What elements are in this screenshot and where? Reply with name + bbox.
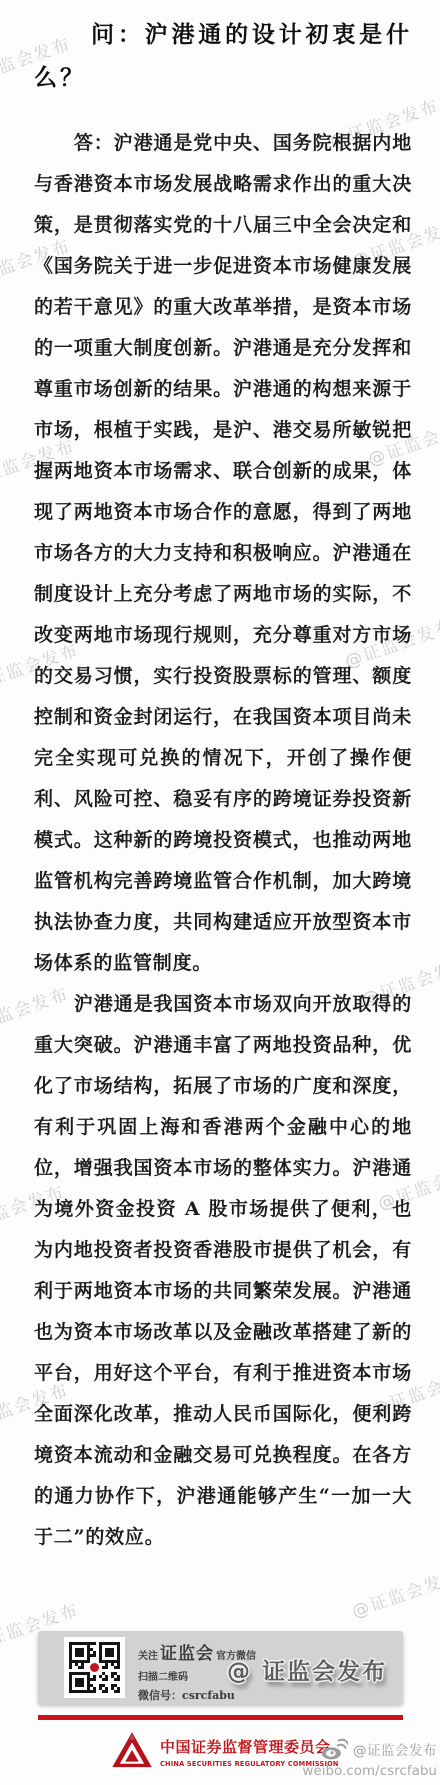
weibo-block: @证监会发布 weibo.com/csrcfabu: [302, 1738, 437, 1779]
red-divider: [38, 1715, 403, 1720]
qr-center-logo-icon: [88, 1661, 101, 1674]
weibo-url: weibo.com/csrcfabu: [302, 1763, 437, 1779]
qr-finder-icon: [99, 1642, 120, 1663]
qr-code: [64, 1637, 125, 1698]
qr-modules: [69, 1642, 120, 1693]
weibo-handle: @证监会发布: [353, 1739, 437, 1759]
qa-document-image: @证监会发布@证监会发布@证监会发布@证监会发布@证监会发布@证监会发布@证监会…: [0, 0, 440, 1785]
wechat-id-label: 微信号：: [138, 1689, 182, 1702]
wechat-brand: 证监会: [160, 1639, 214, 1664]
csrc-fabu-badge: @ 证监会发布: [227, 1653, 387, 1686]
csrc-logo-icon: [111, 1731, 153, 1773]
qr-finder-icon: [69, 1672, 90, 1693]
wechat-id-line: 微信号：csrcfabu: [138, 1687, 256, 1703]
answer-paragraph-2: 沪港通是我国资本市场双向开放取得的重大突破。沪港通丰富了两地投资品种，优化了市场…: [34, 984, 412, 1558]
answer-paragraph-1: 答：沪港通是党中央、国务院根据内地与香港资本市场发展战略需求作出的重大决策，是贯…: [34, 123, 412, 984]
question-title: 问：沪港通的设计初衷是什么？: [34, 14, 412, 100]
wechat-banner: 关注 证监会 官方微信 扫描二维码 微信号：csrcfabu @ 证监会发布: [38, 1631, 403, 1704]
document-body: 问：沪港通的设计初衷是什么？ 答：沪港通是党中央、国务院根据内地与香港资本市场发…: [34, 14, 412, 1558]
weibo-icon: [321, 1738, 348, 1760]
qr-finder-icon: [69, 1642, 90, 1663]
wechat-id-value: csrcfabu: [182, 1689, 235, 1702]
wechat-follow-prefix: 关注: [138, 1647, 158, 1662]
watermark-text: @证监会发布: [348, 1562, 440, 1623]
